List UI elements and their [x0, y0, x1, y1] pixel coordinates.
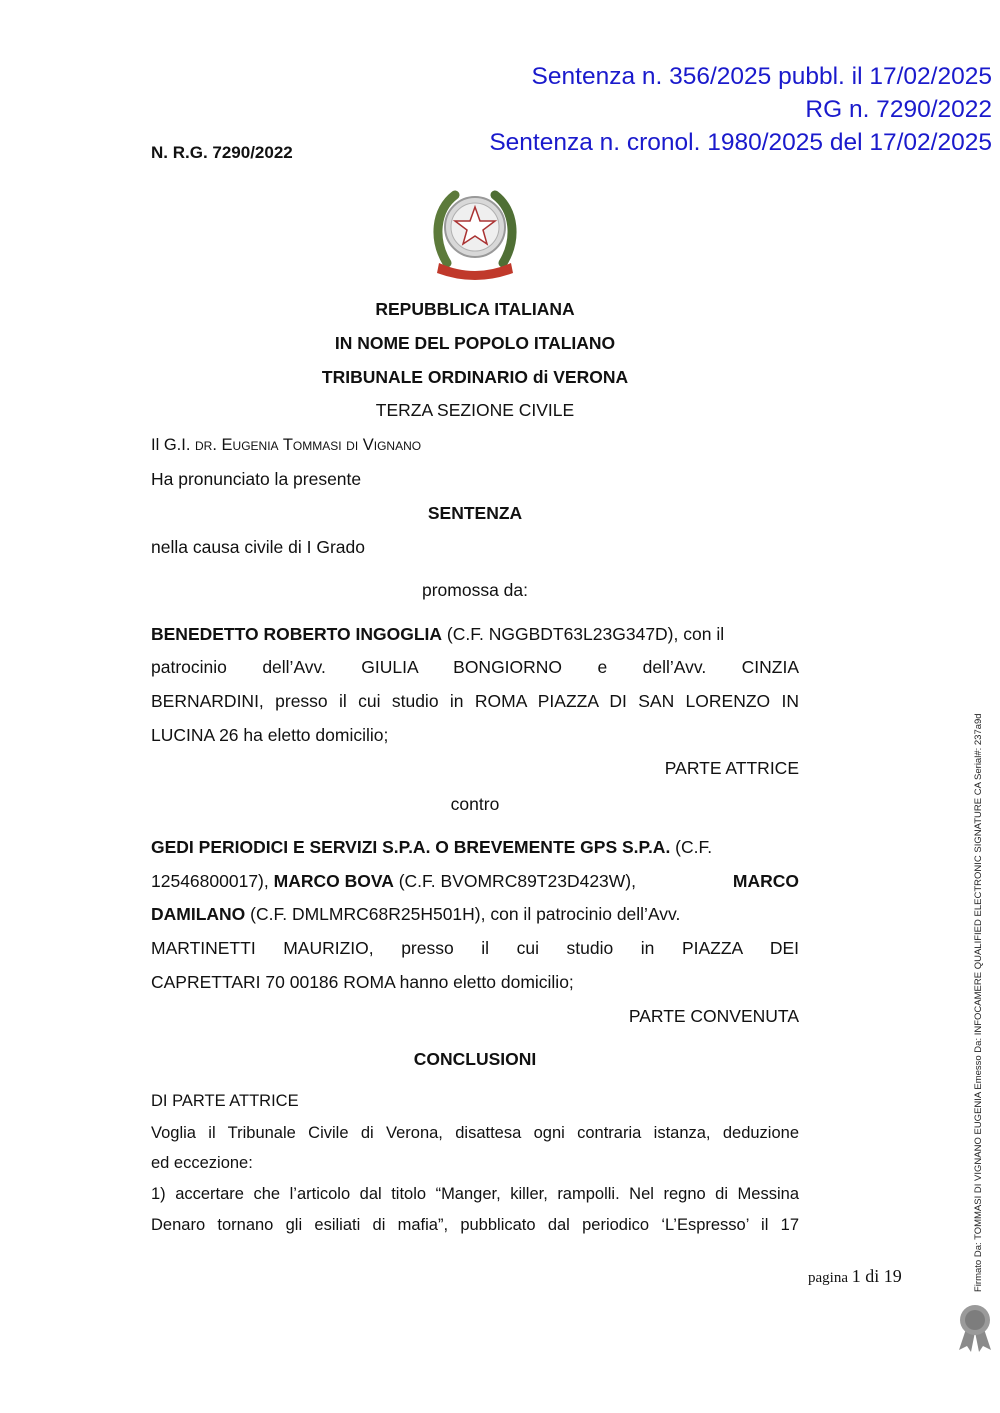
page-label: pagina [808, 1270, 852, 1286]
stamp-cronol-line: Sentenza n. cronol. 1980/2025 del 17/02/… [489, 126, 992, 159]
page-current: 1 [852, 1266, 861, 1286]
title-repubblica: REPUBBLICA ITALIANA [151, 299, 799, 320]
digital-signature-text: Firmato Da: TOMMASI DI VIGNANO EUGENIA E… [973, 582, 984, 1292]
sentenza-heading: SENTENZA [151, 503, 799, 524]
plaintiff-name: BENEDETTO ROBERTO INGOGLIA [151, 624, 442, 644]
item1-line-1: 1) accertare che l’articolo dal titolo “… [151, 1185, 799, 1204]
registration-stamp: Sentenza n. 356/2025 pubbl. il 17/02/202… [489, 60, 992, 159]
defendant-line-2: 12546800017), MARCO BOVA (C.F. BVOMRC89T… [151, 871, 799, 892]
defendant-damilano-cf: (C.F. DMLMRC68R25H501H), con il patrocin… [245, 904, 680, 924]
plaintiff-line-2: patrocinio dell’Avv. GIULIA BONGIORNO e … [151, 657, 799, 678]
pronounced-line: Ha pronunciato la presente [151, 469, 799, 490]
rosette-seal-icon [955, 1302, 995, 1354]
defendant-line-5: CAPRETTARI 70 00186 ROMA hanno eletto do… [151, 972, 799, 993]
defendant-bova-cf: (C.F. BVOMRC89T23D423W), [394, 871, 636, 891]
defendant-company-cf: 12546800017), [151, 871, 274, 891]
judge-prefix: Il G.I. [151, 436, 195, 454]
page-of: di [861, 1266, 884, 1286]
case-number: N. R.G. 7290/2022 [151, 143, 293, 163]
italian-republic-emblem-icon [425, 175, 525, 283]
defendant-line-4: MARTINETTI MAURIZIO, presso il cui studi… [151, 938, 799, 959]
judge-line: Il G.I. dr. Eugenia Tommasi di Vignano [151, 436, 799, 455]
page-total: 19 [884, 1266, 902, 1286]
plaintiff-line-1: BENEDETTO ROBERTO INGOGLIA (C.F. NGGBDT6… [151, 624, 799, 645]
title-popolo: IN NOME DEL POPOLO ITALIANO [151, 333, 799, 354]
voglia-line-1: Voglia il Tribunale Civile di Verona, di… [151, 1124, 799, 1143]
defendant-role: PARTE CONVENUTA [151, 1006, 799, 1027]
contro-line: contro [151, 794, 799, 815]
page-number: pagina 1 di 19 [808, 1266, 902, 1287]
plaintiff-cf: (C.F. NGGBDT63L23G347D), con il [442, 624, 724, 644]
defendant-line-3: DAMILANO (C.F. DMLMRC68R25H501H), con il… [151, 904, 799, 925]
defendant-bova: MARCO BOVA [274, 871, 394, 891]
defendant-line-1: GEDI PERIODICI E SERVIZI S.P.A. O BREVEM… [151, 837, 799, 858]
stamp-rg-line: RG n. 7290/2022 [489, 93, 992, 126]
plaintiff-line-4: LUCINA 26 ha eletto domicilio; [151, 725, 799, 746]
judge-name: dr. Eugenia Tommasi di Vignano [195, 436, 421, 454]
defendant-company: GEDI PERIODICI E SERVIZI S.P.A. O BREVEM… [151, 837, 670, 857]
conclusioni-heading: CONCLUSIONI [151, 1049, 799, 1070]
plaintiff-role: PARTE ATTRICE [151, 758, 799, 779]
stamp-sentenza-line: Sentenza n. 356/2025 pubbl. il 17/02/202… [489, 60, 992, 93]
defendant-cf-label: (C.F. [670, 837, 712, 857]
plaintiff-line-3: BERNARDINI, presso il cui studio in ROMA… [151, 691, 799, 712]
defendant-damilano-first: MARCO [733, 871, 799, 892]
causa-line: nella causa civile di I Grado [151, 537, 799, 558]
di-parte-attrice: DI PARTE ATTRICE [151, 1092, 799, 1111]
title-tribunale: TRIBUNALE ORDINARIO di VERONA [151, 367, 799, 388]
promossa-line: promossa da: [151, 580, 799, 601]
court-section: TERZA SEZIONE CIVILE [151, 400, 799, 421]
item1-line-2: Denaro tornano gli esiliati di mafia”, p… [151, 1216, 799, 1235]
defendant-damilano-last: DAMILANO [151, 904, 245, 924]
voglia-line-2: ed eccezione: [151, 1154, 799, 1173]
